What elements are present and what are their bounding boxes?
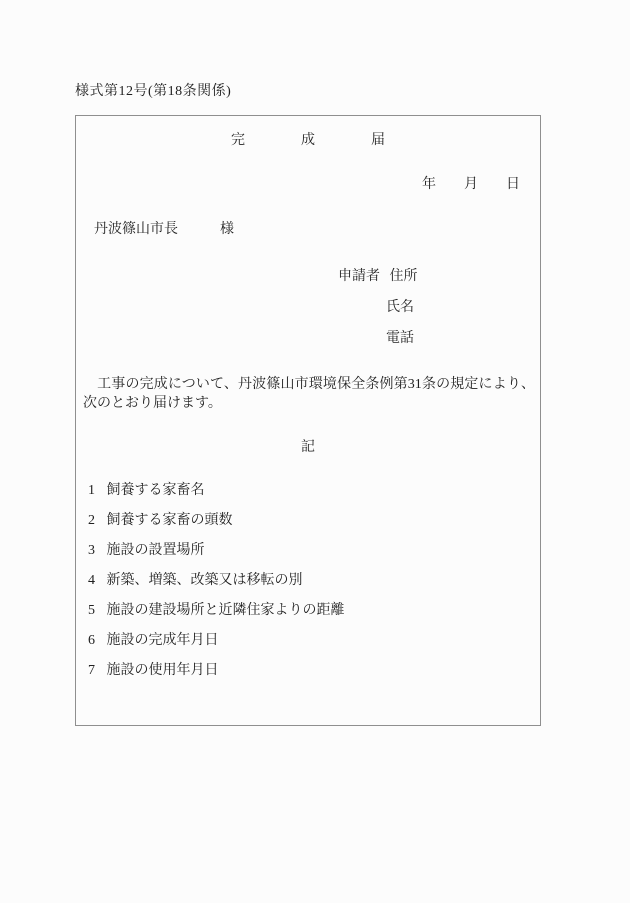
item-text: 施設の建設場所と近隣住家よりの距離 [107,603,345,618]
item-number: 6 [88,632,103,650]
item-number: 3 [88,542,103,560]
record-heading: 記 [76,436,540,456]
item-list: 1 飼養する家畜名 2 飼養する家畜の頭数 3 施設の設置場所 4 新築、増築、… [88,482,528,692]
applicant-field-address: 住所 [390,269,418,284]
applicant-label: 申請者 [338,269,380,284]
item-number: 2 [88,512,103,530]
item-text: 飼養する家畜の頭数 [107,513,233,528]
form-number-label: 様式第12号(第18条関係) [75,80,231,100]
list-item: 5 施設の建設場所と近隣住家よりの距離 [88,602,528,620]
item-text: 施設の完成年月日 [107,633,219,648]
list-item: 6 施設の完成年月日 [88,632,528,650]
date-line: 年 月 日 [422,173,520,193]
document-title: 完 成 届 [76,129,540,149]
item-text: 施設の設置場所 [107,543,205,558]
item-number: 4 [88,572,103,590]
applicant-field-name: 氏名 [386,300,414,315]
item-text: 施設の使用年月日 [107,663,219,678]
item-text: 飼養する家畜名 [107,483,205,498]
applicant-name-row: 氏名 [386,299,418,316]
applicant-address-row: 申請者 住所 [338,268,418,285]
applicant-block: 申請者 住所 氏名 電話 [338,268,418,361]
list-item: 7 施設の使用年月日 [88,662,528,680]
addressee-line: 丹波篠山市長 様 [94,218,234,238]
list-item: 4 新築、増築、改築又は移転の別 [88,572,528,590]
applicant-phone-row: 電話 [386,330,418,347]
item-number: 1 [88,482,103,500]
list-item: 2 飼養する家畜の頭数 [88,512,528,530]
body-paragraph: 工事の完成について、丹波篠山市環境保全条例第31条の規定により、次のとおり届けま… [83,375,535,413]
document-page: 様式第12号(第18条関係) 完 成 届 年 月 日 丹波篠山市長 様 申請者 … [0,0,630,903]
list-item: 1 飼養する家畜名 [88,482,528,500]
item-number: 7 [88,662,103,680]
item-text: 新築、増築、改築又は移転の別 [107,573,303,588]
applicant-field-phone: 電話 [386,331,414,346]
list-item: 3 施設の設置場所 [88,542,528,560]
form-border-box: 完 成 届 年 月 日 丹波篠山市長 様 申請者 住所 氏名 電話 工事の完成に… [75,115,541,726]
item-number: 5 [88,602,103,620]
